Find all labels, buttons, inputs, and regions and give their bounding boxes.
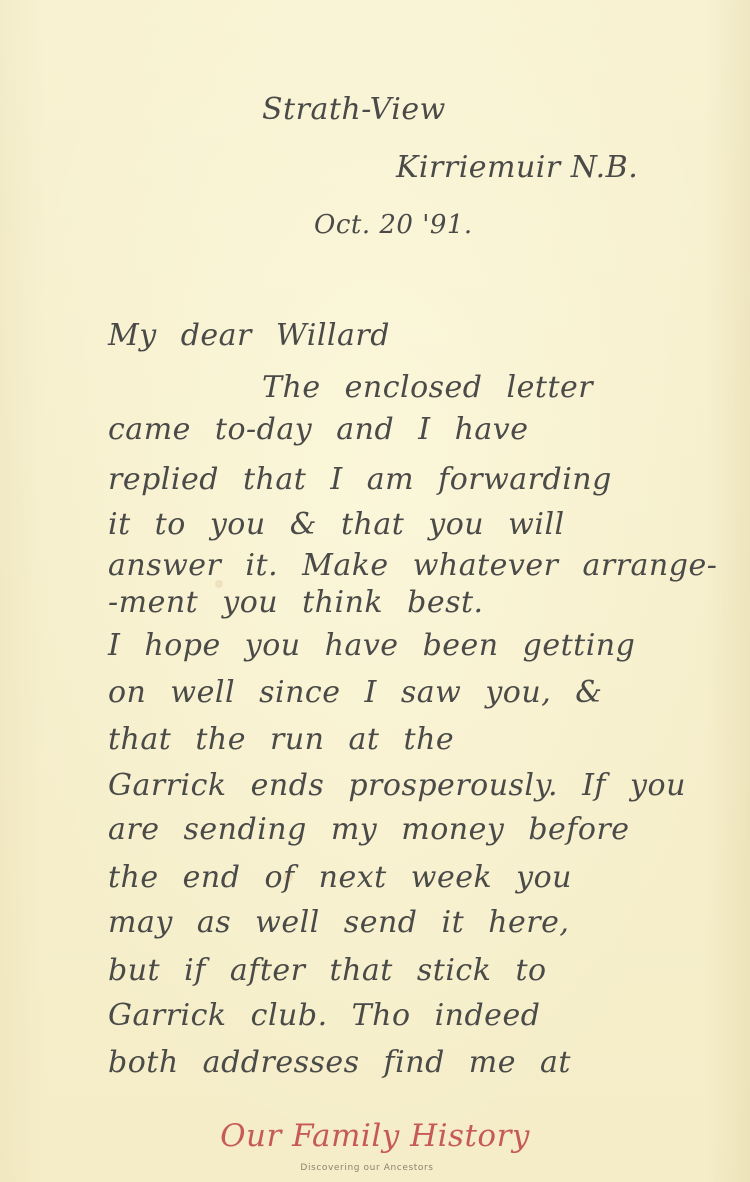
letter-line: the end of next week you <box>108 860 572 895</box>
letter-line: on well since I saw you, & <box>108 675 602 710</box>
address-line-1: Strath-View <box>262 92 446 127</box>
letter-line: I hope you have been getting <box>108 628 635 663</box>
letter-line: that the run at the <box>108 722 454 757</box>
letter-line: replied that I am forwarding <box>108 462 612 497</box>
letter-line: are sending my money before <box>108 812 630 847</box>
letter-line: The enclosed letter <box>262 370 593 405</box>
watermark-subtitle: Discovering our Ancestors <box>0 1163 742 1173</box>
letter-line: came to-day and I have <box>108 412 529 447</box>
letter-line: but if after that stick to <box>108 953 547 988</box>
letter-line: Garrick club. Tho indeed <box>108 998 540 1033</box>
letter-line: Garrick ends prosperously. If you <box>108 768 686 803</box>
letter-line: answer it. Make whatever arrange- <box>108 548 717 583</box>
letter-date: Oct. 20 '91. <box>314 210 473 240</box>
letter-line: both addresses find me at <box>108 1045 571 1080</box>
letter-line: -ment you think best. <box>108 585 484 620</box>
watermark-title: Our Family History <box>0 1118 750 1154</box>
letter-line: it to you & that you will <box>108 507 565 542</box>
letter-line: may as well send it here, <box>108 905 569 940</box>
scanned-letter-page: Strath-View Kirriemuir N.B. Oct. 20 '91.… <box>0 0 750 1182</box>
salutation: My dear Willard <box>108 318 390 353</box>
address-line-2: Kirriemuir N.B. <box>396 150 638 185</box>
